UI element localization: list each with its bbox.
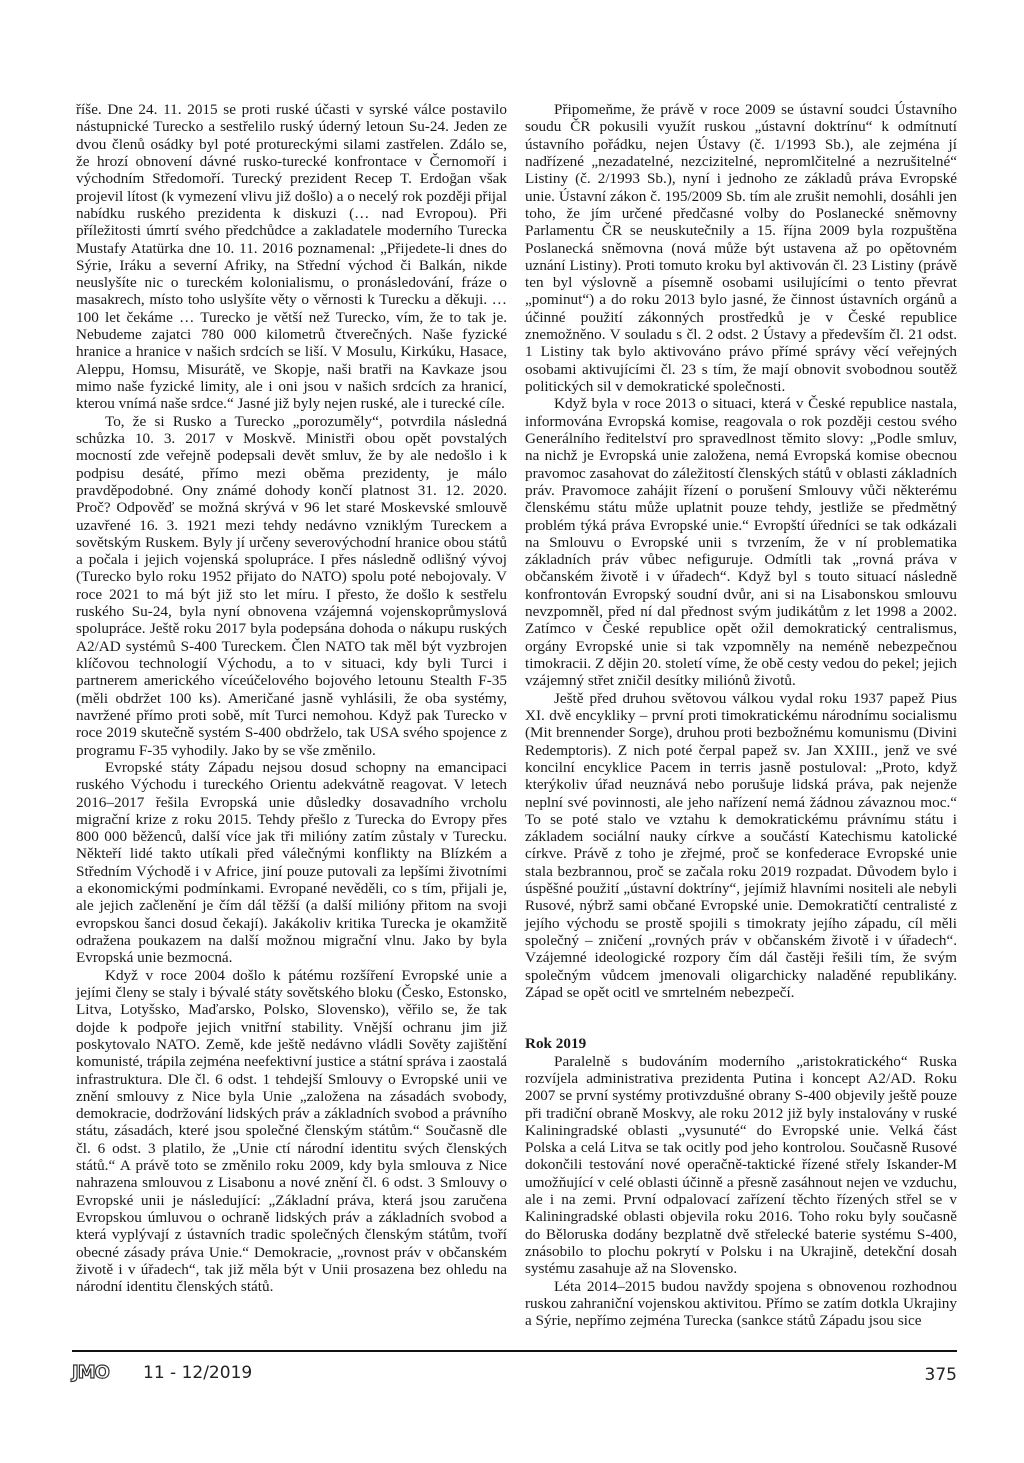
paragraph: Ještě před druhou světovou válkou vydal … (525, 690, 957, 1002)
issue-number: 11 - 12/2019 (143, 1363, 252, 1383)
page-number: 375 (925, 1365, 957, 1385)
magazine-page: říše. Dne 24. 11. 2015 se proti ruské úč… (0, 0, 1024, 1463)
footer-divider (72, 1350, 957, 1352)
section-heading: Rok 2019 (525, 1035, 957, 1052)
right-column: Připomeňme, že právě v roce 2009 se ústa… (525, 101, 957, 1330)
paragraph: říše. Dne 24. 11. 2015 se proti ruské úč… (76, 101, 507, 413)
jmo-logo-icon: JMO (72, 1362, 109, 1383)
paragraph: Připomeňme, že právě v roce 2009 se ústa… (525, 101, 957, 395)
paragraph: To, že si Rusko a Turecko „porozuměly“, … (76, 413, 507, 759)
paragraph: Paralelně s budováním moderního „aristok… (525, 1053, 957, 1278)
left-column: říše. Dne 24. 11. 2015 se proti ruské úč… (76, 101, 507, 1296)
paragraph: Když v roce 2004 došlo k pátému rozšířen… (76, 967, 507, 1296)
page-footer: JMO 11 - 12/2019 375 (72, 1360, 957, 1388)
paragraph: Evropské státy Západu nejsou dosud schop… (76, 759, 507, 967)
paragraph: Léta 2014–2015 budou navždy spojena s ob… (525, 1278, 957, 1330)
paragraph: Když byla v roce 2013 o situaci, která v… (525, 395, 957, 689)
